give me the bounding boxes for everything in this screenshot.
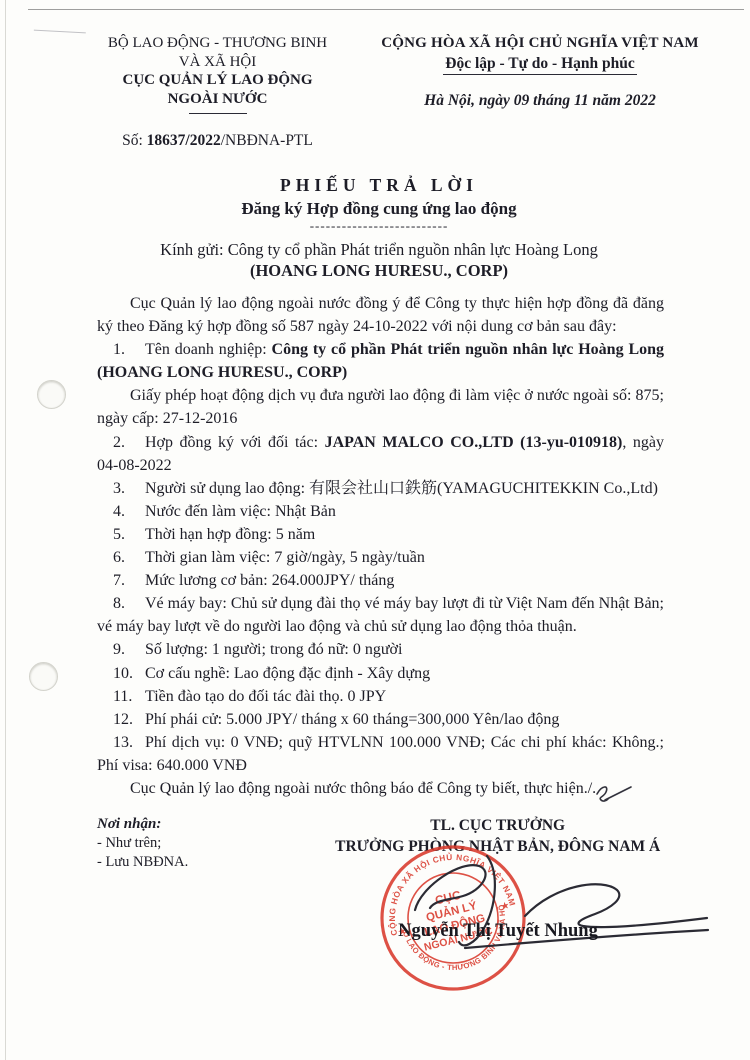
numbered-item: 4.Nước đến làm việc: Nhật Bản [97,500,664,523]
scan-edge-artifact [5,0,6,1060]
scanned-document-page: BỘ LAO ĐỘNG - THƯƠNG BINH VÀ XÃ HỘI CỤC … [0,0,750,1060]
salutation-line: Kính gửi: Công ty cổ phần Phát triển ngu… [95,240,663,260]
item-number: 5. [113,523,145,546]
text-segment: Thời gian làm việc: 7 giờ/ngày, 5 ngày/t… [145,549,425,566]
item-number: 6. [113,546,145,569]
numbered-item: 7.Mức lương cơ bản: 264.000JPY/ tháng [97,569,664,592]
text-segment: Hợp đồng ký với đối tác: [145,434,325,451]
national-motto-line1: CỘNG HÒA XÃ HỘI CHỦ NGHĨA VIỆT NAM [365,34,715,53]
item-number: 4. [113,500,145,523]
item-number: 8. [113,592,145,615]
item-number: 10. [113,662,145,685]
document-number-suffix: /NBĐNA-PTL [221,132,313,149]
numbered-item: 11.Tiền đào tạo do đối tác đài thọ. 0 JP… [97,685,664,708]
numbered-item: 3.Người sử dụng lao động: 有限会社山口鉄筋(YAMAG… [97,477,664,500]
text-segment: Phí dịch vụ: 0 VNĐ; quỹ HTVLNN 100.000 V… [97,734,664,774]
text-segment: Nước đến làm việc: Nhật Bản [145,503,336,520]
paragraph: Giấy phép hoạt động dịch vụ đưa người la… [97,384,664,430]
text-segment: Tiền đào tạo do đối tác đài thọ. 0 JPY [145,688,386,705]
numbered-item: 9.Số lượng: 1 người; trong đó nữ: 0 ngườ… [97,638,664,661]
document-subtitle: Đăng ký Hợp đồng cung ứng lao động [95,199,663,219]
ministry-name-line2: VÀ XÃ HỘI [95,53,340,72]
text-segment: JAPAN MALCO CO.,LTD (13-yu-010918) [325,434,623,451]
item-number: 7. [113,569,145,592]
scan-edge-artifact [28,9,744,10]
item-number: 11. [113,685,145,708]
text-segment: Vé máy bay: Chủ sử dụng đài thọ vé máy b… [97,595,664,635]
dashed-divider: -------------------------- [95,221,663,231]
official-red-stamp: CỘNG HÒA XÃ HỘI CHỦ NGHĨA VIỆT NAM BỘ LA… [378,843,528,993]
text-segment: Tên doanh nghiệp: [145,341,272,358]
document-number-label: Số: [122,132,147,149]
numbered-item: 5.Thời hạn hợp đồng: 5 năm [97,523,664,546]
document-number: Số: 18637/2022/NBĐNA-PTL [95,132,340,151]
document-body: Cục Quản lý lao động ngoài nước đồng ý đ… [97,292,664,800]
national-header-block: CỘNG HÒA XÃ HỘI CHỦ NGHĨA VIỆT NAM Độc l… [365,34,715,151]
recipients-label: Nơi nhận: [97,815,276,834]
text-segment: Giấy phép hoạt động dịch vụ đưa người la… [97,387,664,427]
text-segment: Số lượng: 1 người; trong đó nữ: 0 người [145,641,402,658]
signer-name: Nguyễn Thị Tuyết Nhung [368,921,628,942]
item-number: 2. [113,431,145,454]
department-name-line2: NGOÀI NƯỚC [95,90,340,109]
title-band: PHIẾU TRẢ LỜI Đăng ký Hợp đồng cung ứng … [95,175,663,281]
signer-title-delegation: TL. CỤC TRƯỞNG [298,815,697,836]
numbered-item: 1.Tên doanh nghiệp: Công ty cổ phần Phát… [97,338,664,384]
document-header: BỘ LAO ĐỘNG - THƯƠNG BINH VÀ XÃ HỘI CỤC … [95,34,715,151]
numbered-item: 6.Thời gian làm việc: 7 giờ/ngày, 5 ngày… [97,546,664,569]
item-number: 13. [113,731,145,754]
header-rule [189,113,247,114]
document-number-value: 18637/2022 [147,132,221,149]
text-segment: Phí phái cử: 5.000 JPY/ tháng x 60 tháng… [145,711,559,728]
text-segment: Mức lương cơ bản: 264.000JPY/ tháng [145,572,394,589]
recipient-company-name: (HOANG LONG HURESU., CORP) [95,261,663,281]
place-date-line: Hà Nội, ngày 09 tháng 11 năm 2022 [365,91,715,110]
national-motto-line2: Độc lập - Tự do - Hạnh phúc [443,54,636,75]
text-segment: Cơ cấu nghề: Lao động đặc định - Xây dựn… [145,665,430,682]
text-segment: Cục Quản lý lao động ngoài nước đồng ý đ… [97,295,664,335]
numbered-item: 2.Hợp đồng ký với đối tác: JAPAN MALCO C… [97,431,664,477]
text-segment: Thời hạn hợp đồng: 5 năm [145,526,315,543]
paragraph: Cục Quản lý lao động ngoài nước đồng ý đ… [97,292,664,338]
recipient-line: - Lưu NBĐNA. [97,853,276,872]
department-name-line1: CỤC QUẢN LÝ LAO ĐỘNG [95,71,340,90]
item-number: 1. [113,338,145,361]
recipient-line: - Như trên; [97,834,276,853]
punch-hole [37,380,66,409]
recipients-list: - Như trên;- Lưu NBĐNA. [97,834,276,872]
numbered-item: 13.Phí dịch vụ: 0 VNĐ; quỹ HTVLNN 100.00… [97,731,664,777]
numbered-item: 8.Vé máy bay: Chủ sử dụng đài thọ vé máy… [97,592,664,638]
item-number: 9. [113,638,145,661]
staple-mark [34,23,86,34]
paragraph: Cục Quản lý lao động ngoài nước thông bá… [97,777,664,800]
text-segment: Cục Quản lý lao động ngoài nước thông bá… [130,780,596,797]
item-number: 12. [113,708,145,731]
numbered-item: 10.Cơ cấu nghề: Lao động đặc định - Xây … [97,662,664,685]
recipients-block: Nơi nhận: - Như trên;- Lưu NBĐNA. [97,815,276,872]
item-number: 3. [113,477,145,500]
handwritten-check-mark [593,780,635,804]
document-title: PHIẾU TRẢ LỜI [95,175,663,196]
issuing-agency-block: BỘ LAO ĐỘNG - THƯƠNG BINH VÀ XÃ HỘI CỤC … [95,34,340,151]
ministry-name-line1: BỘ LAO ĐỘNG - THƯƠNG BINH [95,34,340,53]
punch-hole [29,662,58,691]
numbered-item: 12.Phí phái cử: 5.000 JPY/ tháng x 60 th… [97,708,664,731]
text-segment: Người sử dụng lao động: 有限会社山口鉄筋(YAMAGUC… [145,480,658,497]
